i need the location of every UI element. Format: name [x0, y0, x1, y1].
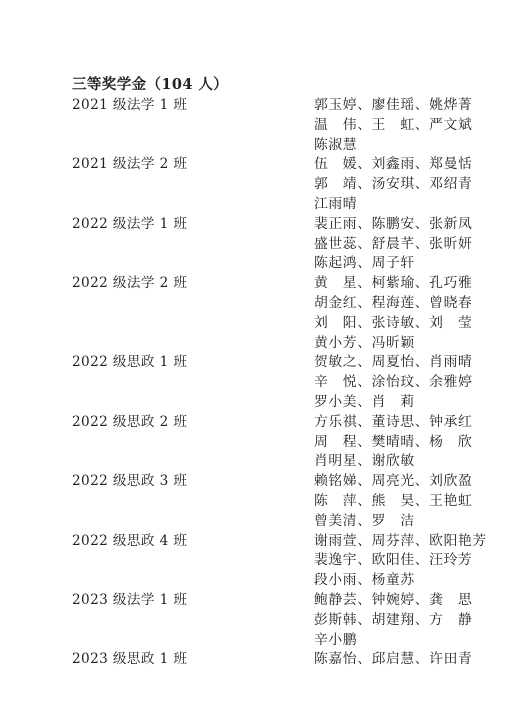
scholarship-row: 2022 级法学 1 班 裴正雨、陈鹏安、张新凤盛世蕊、舒晨芊、张昕妍陈起鸿、周… [72, 215, 482, 274]
student-names-line: 段小雨、杨童苏 [314, 571, 487, 591]
student-names-line: 陈嘉怡、邱启慧、许田青 [314, 650, 482, 670]
scholarship-row: 2021 级法学 2 班 伍 媛、刘鑫雨、郑曼恬郭 靖、汤安琪、邓绍青江雨晴 [72, 155, 482, 214]
scholarship-row: 2022 级思政 4 班 谢雨萱、周芬萍、欧阳艳芳裴逸宇、欧阳佳、汪玲芳段小雨、… [72, 532, 482, 591]
student-names-line: 曾美清、罗 洁 [314, 512, 482, 532]
student-names-line: 谢雨萱、周芬萍、欧阳艳芳 [314, 532, 487, 552]
student-names-line: 罗小美、肖 莉 [314, 393, 482, 413]
student-names: 贺敏之、周夏怡、肖雨晴辛 悦、涂怡玟、余雅婷罗小美、肖 莉 [314, 353, 482, 412]
scholarship-row: 2021 级法学 1 班 郭玉婷、廖佳瑶、姚烨菁温 伟、王 虹、严文斌陈淑慧 [72, 96, 482, 155]
student-names-line: 辛小鹏 [314, 631, 482, 651]
student-names-line: 赖铭娣、周亮光、刘欣盈 [314, 472, 482, 492]
student-names-line: 温 伟、王 虹、严文斌 [314, 116, 482, 136]
student-names: 伍 媛、刘鑫雨、郑曼恬郭 靖、汤安琪、邓绍青江雨晴 [314, 155, 482, 214]
student-names: 谢雨萱、周芬萍、欧阳艳芳裴逸宇、欧阳佳、汪玲芳段小雨、杨童苏 [314, 532, 487, 591]
class-name-label: 2021 级法学 1 班 [72, 96, 314, 116]
class-name-label: 2023 级法学 1 班 [72, 591, 314, 611]
class-name-label: 2022 级思政 1 班 [72, 353, 314, 373]
student-names-line: 郭 靖、汤安琪、邓绍青 [314, 175, 482, 195]
class-name-label: 2022 级法学 2 班 [72, 274, 314, 294]
scholarship-row: 2023 级法学 1 班 鲍静芸、钟婉婷、龚 思彭斯韩、胡建翔、方 静辛小鹏 [72, 591, 482, 650]
document-title: 三等奖学金（104 人） [72, 74, 482, 96]
class-name-label: 2023 级思政 1 班 [72, 650, 314, 670]
class-name-label: 2022 级思政 2 班 [72, 413, 314, 433]
student-names-line: 黄小芳、冯昕颖 [314, 334, 482, 354]
student-names: 方乐祺、董诗思、钟承红周 程、樊晴晴、杨 欣肖明星、谢欣敏 [314, 413, 482, 472]
student-names: 黄 星、柯紫瑜、孔巧雅胡金红、程海莲、曾晓春刘 阳、张诗敏、刘 莹黄小芳、冯昕颖 [314, 274, 482, 353]
student-names-line: 伍 媛、刘鑫雨、郑曼恬 [314, 155, 482, 175]
student-names-line: 刘 阳、张诗敏、刘 莹 [314, 314, 482, 334]
student-names-line: 胡金红、程海莲、曾晓春 [314, 294, 482, 314]
student-names: 陈嘉怡、邱启慧、许田青 [314, 650, 482, 670]
scholarship-row: 2022 级思政 2 班 方乐祺、董诗思、钟承红周 程、樊晴晴、杨 欣肖明星、谢… [72, 413, 482, 472]
student-names: 裴正雨、陈鹏安、张新凤盛世蕊、舒晨芊、张昕妍陈起鸿、周子轩 [314, 215, 482, 274]
scholarship-row: 2022 级法学 2 班 黄 星、柯紫瑜、孔巧雅胡金红、程海莲、曾晓春刘 阳、张… [72, 274, 482, 353]
class-name-label: 2022 级思政 3 班 [72, 472, 314, 492]
student-names-line: 裴正雨、陈鹏安、张新凤 [314, 215, 482, 235]
scholarship-row: 2023 级思政 1 班 陈嘉怡、邱启慧、许田青 [72, 650, 482, 670]
student-names-line: 裴逸宇、欧阳佳、汪玲芳 [314, 551, 487, 571]
document-content: 三等奖学金（104 人） 2021 级法学 1 班 郭玉婷、廖佳瑶、姚烨菁温 伟… [72, 74, 482, 670]
student-names-line: 陈起鸿、周子轩 [314, 254, 482, 274]
student-names: 赖铭娣、周亮光、刘欣盈陈 萍、熊 昊、王艳虹曾美清、罗 洁 [314, 472, 482, 531]
student-names-line: 江雨晴 [314, 195, 482, 215]
student-names-line: 方乐祺、董诗思、钟承红 [314, 413, 482, 433]
student-names-line: 陈淑慧 [314, 136, 482, 156]
student-names-line: 鲍静芸、钟婉婷、龚 思 [314, 591, 482, 611]
class-name-label: 2022 级法学 1 班 [72, 215, 314, 235]
scholarship-list: 2021 级法学 1 班 郭玉婷、廖佳瑶、姚烨菁温 伟、王 虹、严文斌陈淑慧 2… [72, 96, 482, 670]
student-names-line: 肖明星、谢欣敏 [314, 452, 482, 472]
student-names-line: 贺敏之、周夏怡、肖雨晴 [314, 353, 482, 373]
student-names-line: 黄 星、柯紫瑜、孔巧雅 [314, 274, 482, 294]
scholarship-row: 2022 级思政 3 班 赖铭娣、周亮光、刘欣盈陈 萍、熊 昊、王艳虹曾美清、罗… [72, 472, 482, 531]
document-page: 三等奖学金（104 人） 2021 级法学 1 班 郭玉婷、廖佳瑶、姚烨菁温 伟… [0, 0, 509, 728]
student-names: 鲍静芸、钟婉婷、龚 思彭斯韩、胡建翔、方 静辛小鹏 [314, 591, 482, 650]
student-names-line: 彭斯韩、胡建翔、方 静 [314, 611, 482, 631]
student-names-line: 辛 悦、涂怡玟、余雅婷 [314, 373, 482, 393]
student-names-line: 陈 萍、熊 昊、王艳虹 [314, 492, 482, 512]
student-names: 郭玉婷、廖佳瑶、姚烨菁温 伟、王 虹、严文斌陈淑慧 [314, 96, 482, 155]
scholarship-row: 2022 级思政 1 班 贺敏之、周夏怡、肖雨晴辛 悦、涂怡玟、余雅婷罗小美、肖… [72, 353, 482, 412]
class-name-label: 2021 级法学 2 班 [72, 155, 314, 175]
student-names-line: 郭玉婷、廖佳瑶、姚烨菁 [314, 96, 482, 116]
student-names-line: 周 程、樊晴晴、杨 欣 [314, 433, 482, 453]
class-name-label: 2022 级思政 4 班 [72, 532, 314, 552]
student-names-line: 盛世蕊、舒晨芊、张昕妍 [314, 235, 482, 255]
